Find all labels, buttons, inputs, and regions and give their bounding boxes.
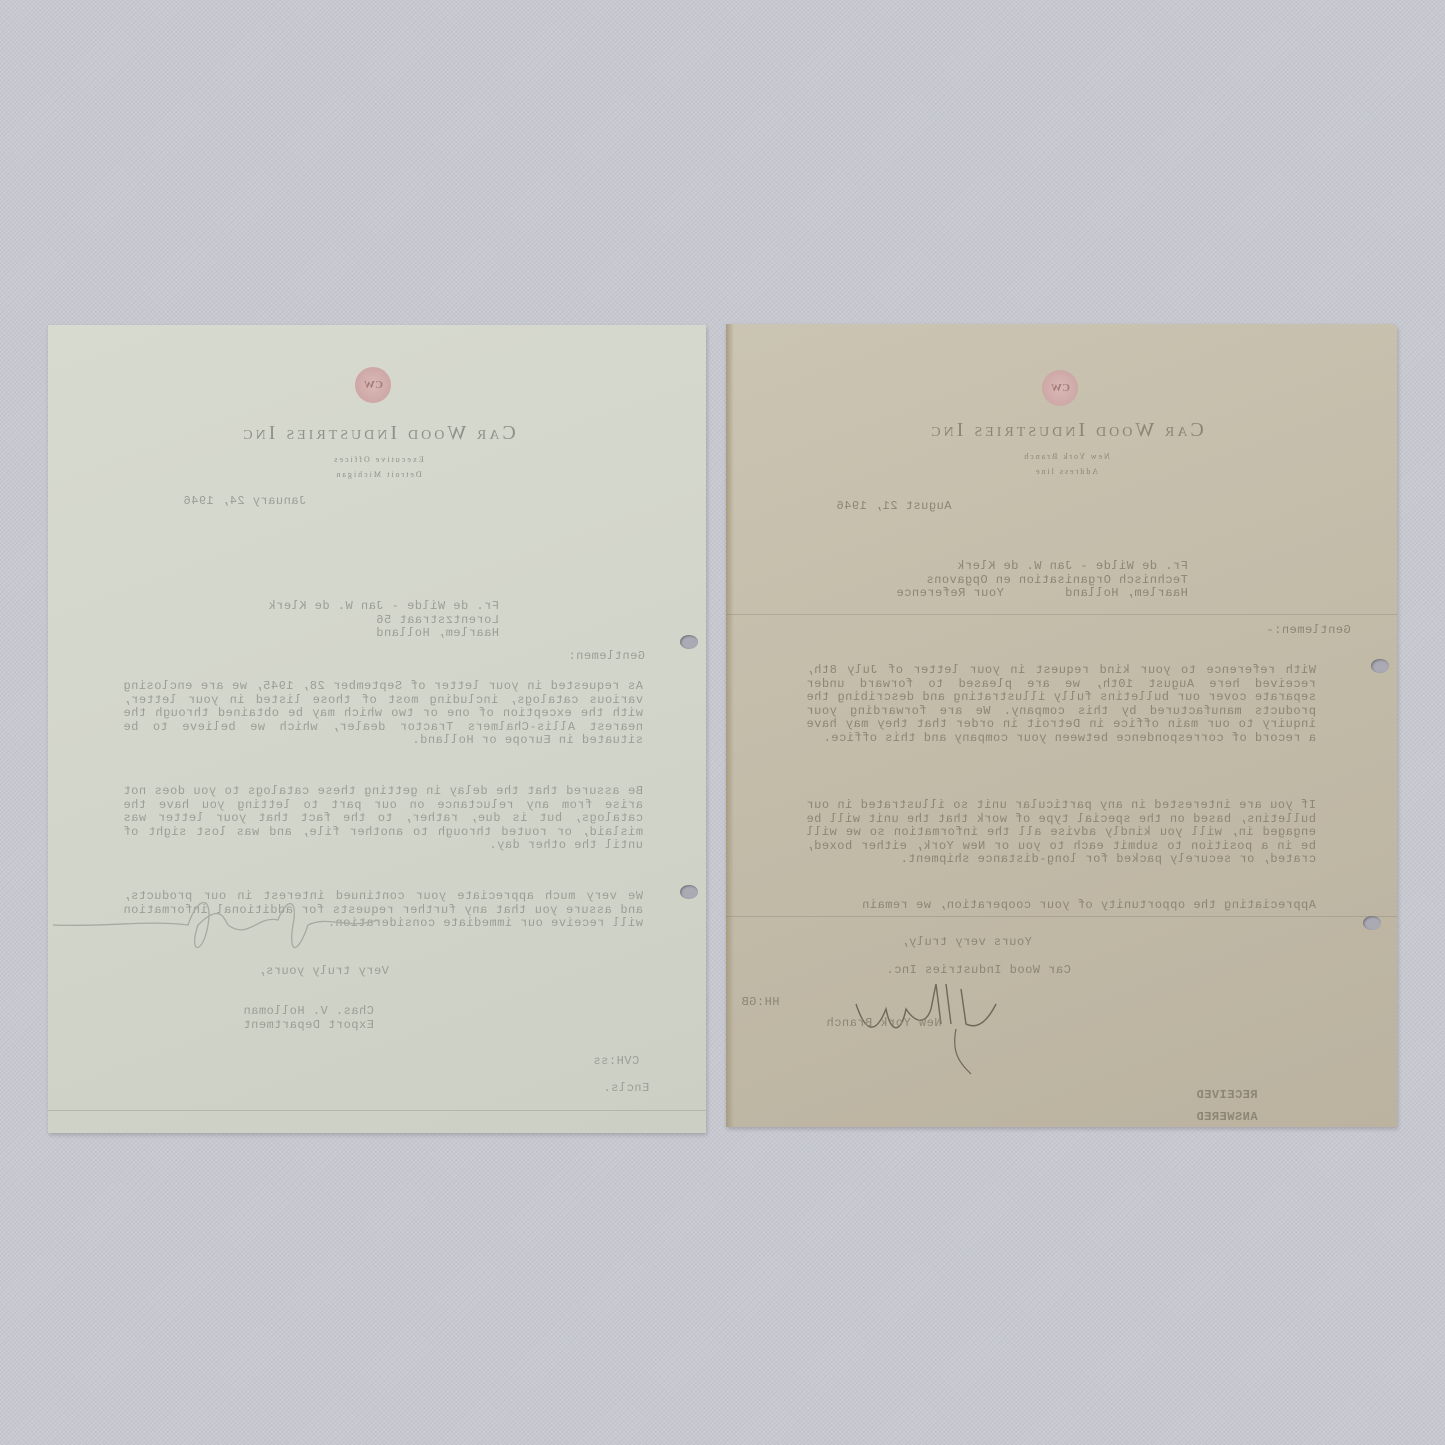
- paragraph: If you are interested in any particular …: [806, 799, 1316, 867]
- letter-date: January 24, 1946: [183, 495, 306, 509]
- recipient-line: Haarlem, Holland: [268, 627, 499, 641]
- embossed-seal: CW: [355, 367, 391, 403]
- recipient-line: Technisch Organisation en Opgavons: [926, 574, 1188, 588]
- punch-hole: [1371, 659, 1389, 673]
- signature-icon: [48, 885, 388, 985]
- fold-line: [48, 1110, 706, 1111]
- letter-left: CW Car Wood Industries Inc Executive Off…: [48, 325, 706, 1133]
- signer-title: Export Department: [243, 1019, 374, 1033]
- recipient-line: Fr. de Wilde - Jan W. de Klerk: [926, 560, 1188, 574]
- embossed-seal: CW: [1042, 370, 1078, 406]
- typist-initials: HH:GB: [741, 996, 780, 1010]
- letterhead: Car Wood Industries Inc Executive Office…: [208, 422, 548, 479]
- signer-block: Chas. V. Holloman Export Department: [243, 1005, 374, 1032]
- recipient-line: Lorentzstraat 56: [268, 614, 499, 628]
- paragraph: Be assured that the delay in getting the…: [123, 785, 643, 853]
- salutation: Gentlemen:-: [1266, 624, 1351, 638]
- letterhead-line2: Address line: [886, 467, 1246, 476]
- letterhead-company: Car Wood Industries Inc: [208, 422, 548, 445]
- punch-hole: [1363, 916, 1381, 930]
- punch-hole: [680, 885, 698, 899]
- letterhead-company: Car Wood Industries Inc: [886, 419, 1246, 442]
- recipient-line: Fr. de Wilde - Jan W. de Klerk: [268, 600, 499, 614]
- letterhead: Car Wood Industries Inc New York Branch …: [886, 419, 1246, 476]
- signer-name: Chas. V. Holloman: [243, 1005, 374, 1019]
- letterhead-line1: New York Branch: [886, 452, 1246, 461]
- letterhead-line1: Executive Offices: [208, 455, 548, 464]
- stamp-line: ANSWERED: [1196, 1111, 1258, 1125]
- seal-monogram: CW: [364, 379, 383, 391]
- signer-title: New York Branch: [826, 1017, 942, 1031]
- recipient-block: Fr. de Wilde - Jan W. de Klerk Lorentzst…: [268, 600, 499, 641]
- letter-date: August 21, 1946: [836, 500, 952, 514]
- punch-hole: [680, 635, 698, 649]
- typist-initials: CVH:ss: [593, 1055, 639, 1069]
- letter-right: CW Car Wood Industries Inc New York Bran…: [726, 324, 1397, 1127]
- paragraph: As requested in your letter of September…: [123, 680, 643, 748]
- attention-line: Your Reference: [896, 587, 1004, 601]
- stamp-line: RECEIVED: [1196, 1089, 1258, 1103]
- paragraph: With reference to your kind request in y…: [806, 664, 1316, 745]
- letterhead-line2: Detroit Michigan: [208, 470, 548, 479]
- received-stamp: RECEIVED ANSWERED: [1196, 1089, 1258, 1124]
- fold-line: [726, 614, 1397, 615]
- seal-monogram: CW: [1051, 382, 1070, 394]
- enclosure-note: Encls.: [603, 1082, 649, 1096]
- fold-line: [726, 916, 1397, 917]
- salutation: Gentlemen:: [568, 650, 645, 664]
- closing: Yours very truly,: [901, 936, 1032, 950]
- paragraph: Appreciating the opportunity of your coo…: [806, 899, 1316, 913]
